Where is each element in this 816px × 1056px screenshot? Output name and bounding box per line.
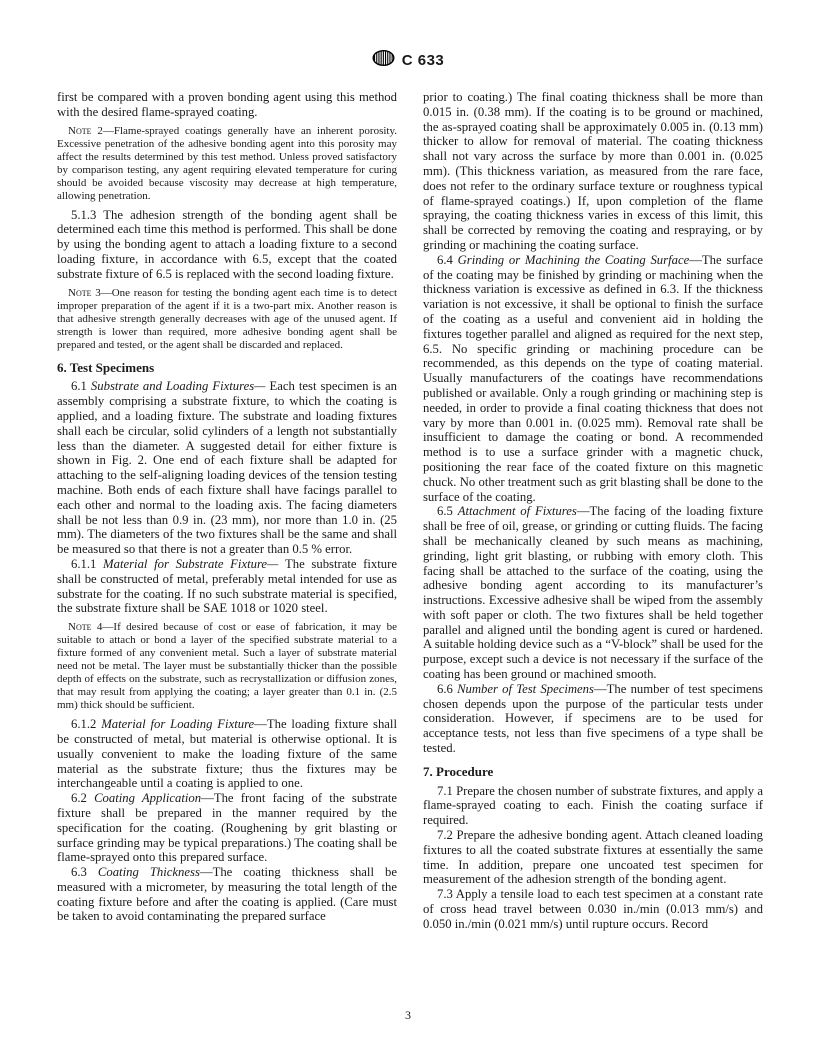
left-column: first be compared with a proven bonding … xyxy=(57,90,397,932)
paragraph-continuation: first be compared with a proven bonding … xyxy=(57,90,397,120)
page-number: 3 xyxy=(405,1008,411,1022)
section-heading-6: 6. Test Specimens xyxy=(57,361,397,376)
clause-number: 6.5 xyxy=(437,504,458,518)
clause-title: Grinding or Machining the Coating Surfac… xyxy=(458,253,690,267)
note-label: Note 2 xyxy=(68,125,103,137)
clause-number: 6.4 xyxy=(437,253,458,267)
clause-title: Material for Substrate Fixture— xyxy=(103,557,285,571)
note-3: Note 3—One reason for testing the bondin… xyxy=(57,287,397,352)
paragraph-5-1-3: 5.1.3 The adhesion strength of the bondi… xyxy=(57,208,397,282)
clause-number: 6.1.1 xyxy=(71,557,103,571)
page-footer: 3 xyxy=(0,1008,816,1023)
paragraph-6-1-1: 6.1.1 Material for Substrate Fixture— Th… xyxy=(57,557,397,616)
clause-number: 6.2 xyxy=(71,791,94,805)
paragraph-6-1: 6.1 Substrate and Loading Fixtures— Each… xyxy=(57,379,397,557)
paragraph-6-2: 6.2 Coating Application—The front facing… xyxy=(57,791,397,865)
paragraph-text: first be compared with a proven bonding … xyxy=(57,90,397,119)
paragraph-text: 7.2 Prepare the adhesive bonding agent. … xyxy=(423,828,763,886)
paragraph-7-1: 7.1 Prepare the chosen number of substra… xyxy=(423,784,763,828)
note-label: Note 4 xyxy=(68,621,102,633)
clause-number: 6.1 xyxy=(71,379,91,393)
clause-title: Attachment of Fixtures xyxy=(458,504,577,518)
note-4: Note 4—If desired because of cost or eas… xyxy=(57,621,397,712)
clause-title: Coating Application xyxy=(94,791,201,805)
clause-number: 6.6 xyxy=(437,682,457,696)
paragraph-text: 7.1 Prepare the chosen number of substra… xyxy=(423,784,763,828)
clause-text: Each test specimen is an assembly compri… xyxy=(57,379,397,556)
clause-text: —The facing of the loading fixture shall… xyxy=(423,504,763,681)
note-label: Note 3 xyxy=(68,287,101,299)
clause-title: Coating Thickness xyxy=(98,865,200,879)
clause-title: Material for Loading Fixture xyxy=(101,717,254,731)
paragraph-6-5: 6.5 Attachment of Fixtures—The facing of… xyxy=(423,504,763,682)
paragraph-7-2: 7.2 Prepare the adhesive bonding agent. … xyxy=(423,828,763,887)
clause-title: Substrate and Loading Fixtures— xyxy=(91,379,270,393)
clause-number: 6.3 xyxy=(71,865,98,879)
note-text: —If desired because of cost or ease of f… xyxy=(57,621,397,711)
paragraph-text: 5.1.3 The adhesion strength of the bondi… xyxy=(57,208,397,281)
clause-number: 6.1.2 xyxy=(71,717,101,731)
clause-text: —The surface of the coating may be finis… xyxy=(423,253,763,504)
note-text: —One reason for testing the bonding agen… xyxy=(57,287,397,351)
text-columns: first be compared with a proven bonding … xyxy=(57,90,763,932)
clause-title: Number of Test Specimens xyxy=(457,682,594,696)
paragraph-6-6: 6.6 Number of Test Specimens—The number … xyxy=(423,682,763,756)
paragraph-7-3: 7.3 Apply a tensile load to each test sp… xyxy=(423,887,763,931)
doc-number: C 633 xyxy=(402,52,445,69)
section-heading-7: 7. Procedure xyxy=(423,765,763,780)
note-text: —Flame-sprayed coatings generally have a… xyxy=(57,125,397,202)
paragraph-6-3: 6.3 Coating Thickness—The coating thickn… xyxy=(57,865,397,924)
astm-logo-icon xyxy=(372,50,395,71)
document-page: C 633 first be compared with a proven bo… xyxy=(0,0,816,1056)
paragraph-text: prior to coating.) The final coating thi… xyxy=(423,90,763,252)
right-column: prior to coating.) The final coating thi… xyxy=(423,90,763,932)
paragraph-6-4: 6.4 Grinding or Machining the Coating Su… xyxy=(423,253,763,505)
paragraph-continuation: prior to coating.) The final coating thi… xyxy=(423,90,763,253)
note-2: Note 2—Flame-sprayed coatings generally … xyxy=(57,125,397,203)
paragraph-6-1-2: 6.1.2 Material for Loading Fixture—The l… xyxy=(57,717,397,791)
page-header: C 633 xyxy=(0,50,816,71)
paragraph-text: 7.3 Apply a tensile load to each test sp… xyxy=(423,887,763,931)
